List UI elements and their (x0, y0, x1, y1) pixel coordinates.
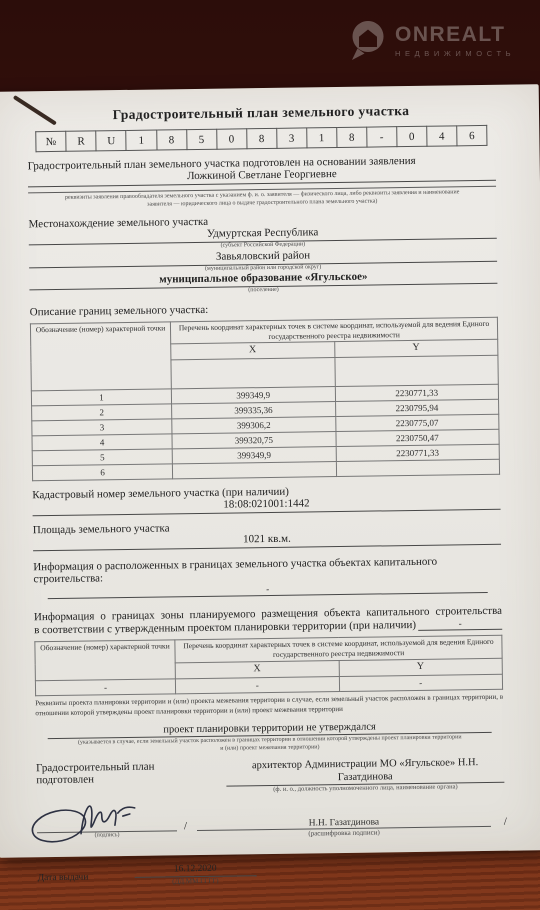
issue-date-format: (ДД.ММ.ГГГГ) (134, 876, 256, 886)
gpzu-number-cell: U (96, 130, 126, 150)
point-y (336, 460, 500, 477)
gpzu-number-cell: 8 (337, 127, 367, 147)
gpzu-number-cell: 1 (126, 130, 156, 150)
gpzu-number-cell: - (367, 127, 397, 147)
zone-info-value: - (418, 619, 502, 631)
coordinates-table: Обозначение (номер) характерной точки Пе… (30, 317, 500, 482)
signature-name-field: Н.Н. Газатдинова (расшифровка подписи) (197, 802, 491, 840)
coords-col1-header: Обозначение (номер) характерной точки (30, 322, 171, 391)
issue-date-label: Дата выдачи (38, 872, 89, 887)
zone-point-y: - (339, 674, 503, 691)
handwritten-signature (26, 788, 159, 848)
zone-point-x: - (175, 676, 339, 693)
gpzu-number-cell: 8 (156, 130, 186, 150)
slash-separator: / (184, 820, 187, 832)
gpzu-number-row: № R U 1 8 5 0 8 3 1 8 - 0 4 6 (36, 125, 487, 151)
document-sheet: Градостроительный план земельного участк… (0, 84, 540, 858)
prepared-label: Градостроительный план подготовлен (36, 760, 214, 786)
capital-objects-label: Информация о расположенных в границах зе… (33, 555, 501, 586)
zone-coordinates-table: Обозначение (номер) характерной точки Пе… (34, 635, 503, 696)
gpzu-number-cell: 0 (216, 129, 246, 149)
onrealt-pin-house-icon (350, 20, 386, 61)
gpzu-number-cell: № (36, 131, 67, 151)
gpzu-number-cell: 1 (306, 128, 336, 148)
prepared-by-value: архитектор Администрации МО «Ягульское» … (226, 756, 504, 787)
prepared-by-block: архитектор Администрации МО «Ягульское» … (226, 756, 504, 796)
zone-point-number: - (35, 679, 175, 696)
watermark-brand: ONREALT (395, 24, 515, 45)
point-x (172, 462, 336, 479)
gpzu-number-cell: R (66, 131, 96, 151)
ppt-note: (указывается в случае, если земельный уч… (76, 735, 464, 756)
issue-date-field: 16.12.2020 (ДД.ММ.ГГГГ) (134, 863, 256, 886)
gpzu-number-grid: № R U 1 8 5 0 8 3 1 8 - 0 4 6 (35, 125, 487, 152)
boundaries-label: Описание границ земельного участка: (30, 300, 498, 319)
gpzu-number-cell: 4 (427, 126, 457, 146)
photo-background: ONREALT НЕДВИЖИМОСТЬ Градостроительный п… (0, 0, 540, 910)
document-title: Градостроительный план земельного участк… (27, 102, 495, 125)
applicant-note: реквизиты заявления правообладателя земе… (28, 186, 496, 211)
gpzu-number-cell: 5 (186, 129, 216, 149)
gpzu-number-cell: 8 (246, 128, 276, 148)
gpzu-number-cell: 3 (276, 128, 306, 148)
document-content: Градостроительный план земельного участк… (0, 84, 540, 887)
watermark-subtitle: НЕДВИЖИМОСТЬ (395, 49, 515, 58)
onrealt-watermark: ONREALT НЕДВИЖИМОСТЬ (350, 20, 515, 61)
spacer-cell (334, 356, 498, 387)
spacer-cell (171, 358, 335, 389)
slash-separator-2: / (504, 815, 507, 827)
gpzu-number-cell: 6 (457, 125, 487, 145)
signature-row: (подпись) / Н.Н. Газатдинова (расшифровк… (37, 801, 506, 854)
gpzu-number-cell: 0 (397, 126, 427, 146)
zone-col1-header: Обозначение (номер) характерной точки (35, 640, 176, 680)
requisites-note: Реквизиты проекта планировки территории … (35, 692, 503, 718)
point-number: 6 (32, 464, 172, 481)
issue-date-row: Дата выдачи 16.12.2020 (ДД.ММ.ГГГГ) (37, 859, 505, 886)
